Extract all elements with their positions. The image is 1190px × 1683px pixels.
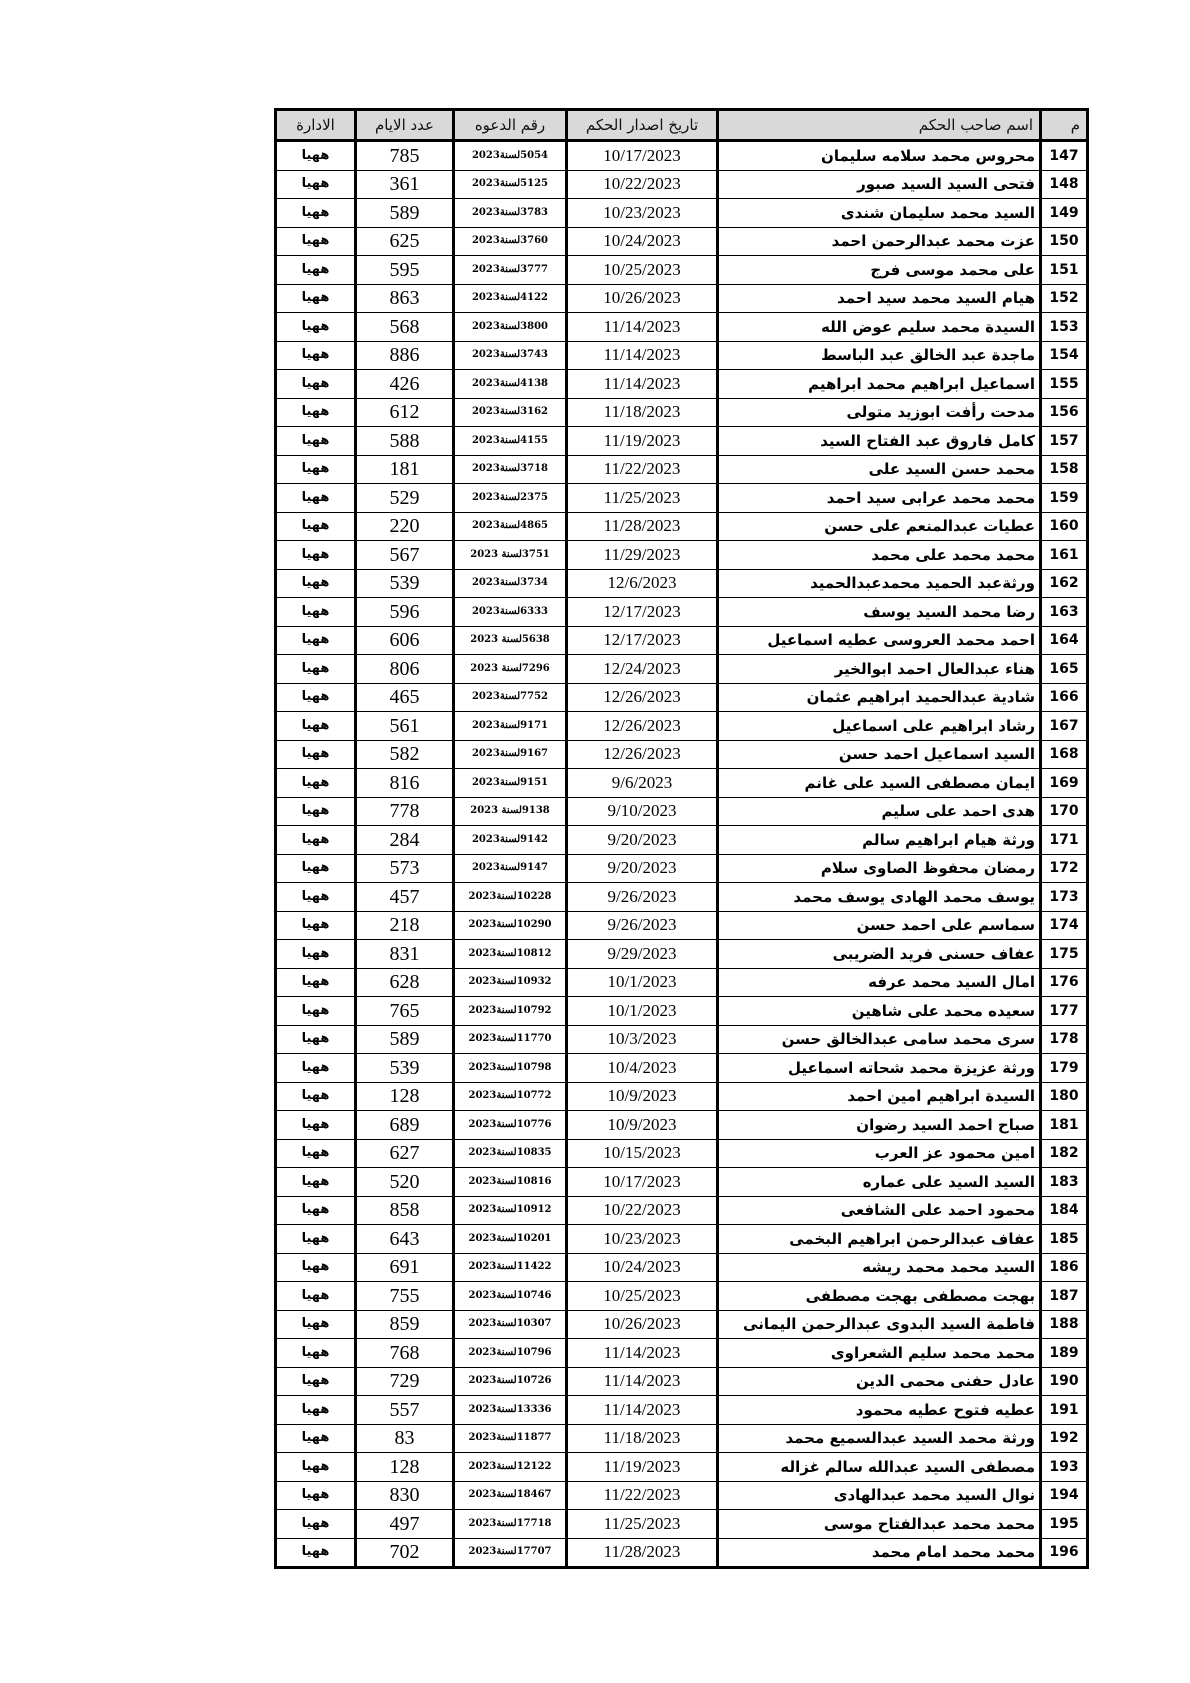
row-administration: ههيا: [276, 199, 356, 228]
row-name: فتحى السيد السيد صبور: [718, 170, 1041, 199]
row-case-number: 9167لسنة2023: [454, 740, 567, 769]
row-case-number: 10792لسنة2023: [454, 997, 567, 1026]
row-case-number: 10798لسنة2023: [454, 1054, 567, 1083]
row-administration: ههيا: [276, 1054, 356, 1083]
row-administration: ههيا: [276, 512, 356, 541]
row-judgment-date: 10/1/2023: [567, 997, 718, 1026]
row-name: السيد اسماعيل احمد حسن: [718, 740, 1041, 769]
row-name: امال السيد محمد عرفه: [718, 968, 1041, 997]
row-name: نوال السيد محمد عبدالهادى: [718, 1481, 1041, 1510]
row-judgment-date: 12/17/2023: [567, 626, 718, 655]
row-case-number: 3783لسنة2023: [454, 199, 567, 228]
table-row: 183السيد السيد على عماره10/17/202310816ل…: [276, 1168, 1088, 1197]
row-number: 159: [1041, 484, 1088, 513]
row-number: 187: [1041, 1282, 1088, 1311]
row-name: شادية عبدالحميد ابراهيم عثمان: [718, 683, 1041, 712]
row-days: 457: [356, 883, 454, 912]
table-row: 171ورثة هيام ابراهيم سالم9/20/20239142لس…: [276, 826, 1088, 855]
row-name: السيدة محمد سليم عوض الله: [718, 313, 1041, 342]
row-number: 166: [1041, 683, 1088, 712]
row-number: 190: [1041, 1367, 1088, 1396]
table-row: 175عفاف حسنى فريد الضريبى9/29/202310812ل…: [276, 940, 1088, 969]
row-administration: ههيا: [276, 341, 356, 370]
table-row: 149السيد محمد سليمان شندى10/23/20233783ل…: [276, 199, 1088, 228]
table-row: 169ايمان مصطفى السيد على غانم9/6/2023915…: [276, 769, 1088, 798]
table-row: 162ورثةعبد الحميد محمدعبدالحميد12/6/2023…: [276, 569, 1088, 598]
row-judgment-date: 11/14/2023: [567, 370, 718, 399]
row-administration: ههيا: [276, 370, 356, 399]
row-number: 155: [1041, 370, 1088, 399]
row-name: ورثة محمد السيد عبدالسميع محمد: [718, 1424, 1041, 1453]
row-case-number: 6333لسنة2023: [454, 598, 567, 627]
row-days: 561: [356, 712, 454, 741]
row-number: 191: [1041, 1396, 1088, 1425]
table-row: 176امال السيد محمد عرفه10/1/202310932لسن…: [276, 968, 1088, 997]
table-row: 156مدحت رأفت ابوزيد متولى11/18/20233162ل…: [276, 398, 1088, 427]
row-name: ورثة عزيزة محمد شحاته اسماعيل: [718, 1054, 1041, 1083]
row-days: 755: [356, 1282, 454, 1311]
row-administration: ههيا: [276, 940, 356, 969]
table-row: 184محمود احمد على الشافعى10/22/202310912…: [276, 1196, 1088, 1225]
row-administration: ههيا: [276, 968, 356, 997]
row-judgment-date: 11/14/2023: [567, 313, 718, 342]
row-case-number: 11877لسنة2023: [454, 1424, 567, 1453]
row-days: 612: [356, 398, 454, 427]
row-judgment-date: 12/17/2023: [567, 598, 718, 627]
row-days: 816: [356, 769, 454, 798]
row-number: 186: [1041, 1253, 1088, 1282]
table-row: 152هيام السيد محمد سيد احمد10/26/2023412…: [276, 284, 1088, 313]
row-judgment-date: 9/26/2023: [567, 883, 718, 912]
row-days: 768: [356, 1339, 454, 1368]
table-row: 164احمد محمد العروسى عطيه اسماعيل12/17/2…: [276, 626, 1088, 655]
row-days: 529: [356, 484, 454, 513]
row-number: 162: [1041, 569, 1088, 598]
row-number: 185: [1041, 1225, 1088, 1254]
row-case-number: 3800لسنة2023: [454, 313, 567, 342]
row-number: 184: [1041, 1196, 1088, 1225]
row-case-number: 4122لسنة2023: [454, 284, 567, 313]
row-case-number: 12122لسنة2023: [454, 1453, 567, 1482]
row-administration: ههيا: [276, 1168, 356, 1197]
row-administration: ههيا: [276, 712, 356, 741]
row-case-number: 3777لسنة2023: [454, 256, 567, 285]
row-administration: ههيا: [276, 997, 356, 1026]
row-case-number: 3734لسنة2023: [454, 569, 567, 598]
row-name: ماجدة عبد الخالق عبد الباسط: [718, 341, 1041, 370]
row-case-number: 10201لسنة2023: [454, 1225, 567, 1254]
row-number: 189: [1041, 1339, 1088, 1368]
table-row: 163رضا محمد السيد يوسف12/17/20236333لسنة…: [276, 598, 1088, 627]
row-case-number: 10776لسنة2023: [454, 1111, 567, 1140]
row-number: 169: [1041, 769, 1088, 798]
table-row: 196محمد محمد امام محمد11/28/202317707لسن…: [276, 1538, 1088, 1568]
row-name: سرى محمد سامى عبدالخالق حسن: [718, 1025, 1041, 1054]
row-case-number: 9147لسنة2023: [454, 854, 567, 883]
table-row: 182امين محمود عز العرب10/15/202310835لسن…: [276, 1139, 1088, 1168]
row-administration: ههيا: [276, 398, 356, 427]
table-row: 178سرى محمد سامى عبدالخالق حسن10/3/20231…: [276, 1025, 1088, 1054]
row-name: عادل حفنى محمى الدين: [718, 1367, 1041, 1396]
row-judgment-date: 10/9/2023: [567, 1111, 718, 1140]
row-number: 178: [1041, 1025, 1088, 1054]
document-sheet: م اسم صاحب الحكم تاريخ اصدار الحكم رقم ا…: [274, 108, 1056, 1569]
row-case-number: 5054لسنة2023: [454, 141, 567, 171]
row-name: محروس محمد سلامه سليمان: [718, 141, 1041, 171]
row-administration: ههيا: [276, 911, 356, 940]
row-administration: ههيا: [276, 1538, 356, 1568]
header-case-number: رقم الدعوه: [454, 110, 567, 141]
row-case-number: 10816لسنة2023: [454, 1168, 567, 1197]
row-number: 175: [1041, 940, 1088, 969]
row-judgment-date: 11/19/2023: [567, 427, 718, 456]
table-row: 189محمد محمد سليم الشعراوى11/14/20231079…: [276, 1339, 1088, 1368]
row-administration: ههيا: [276, 427, 356, 456]
row-days: 831: [356, 940, 454, 969]
row-days: 863: [356, 284, 454, 313]
row-case-number: 3718لسنة2023: [454, 455, 567, 484]
row-administration: ههيا: [276, 797, 356, 826]
table-row: 158محمد حسن السيد على11/22/20233718لسنة2…: [276, 455, 1088, 484]
row-days: 539: [356, 569, 454, 598]
row-name: مدحت رأفت ابوزيد متولى: [718, 398, 1041, 427]
row-judgment-date: 9/20/2023: [567, 826, 718, 855]
row-administration: ههيا: [276, 1424, 356, 1453]
row-name: محمود احمد على الشافعى: [718, 1196, 1041, 1225]
row-case-number: 17718لسنة2023: [454, 1510, 567, 1539]
row-name: محمد محمد سليم الشعراوى: [718, 1339, 1041, 1368]
row-name: امين محمود عز العرب: [718, 1139, 1041, 1168]
row-name: يوسف محمد الهادى يوسف محمد: [718, 883, 1041, 912]
row-judgment-date: 9/26/2023: [567, 911, 718, 940]
row-judgment-date: 9/6/2023: [567, 769, 718, 798]
row-judgment-date: 10/22/2023: [567, 170, 718, 199]
table-row: 180السيدة ابراهيم امين احمد10/9/20231077…: [276, 1082, 1088, 1111]
row-number: 183: [1041, 1168, 1088, 1197]
row-name: محمد محمد على محمد: [718, 541, 1041, 570]
row-name: السيد محمد محمد ريشه: [718, 1253, 1041, 1282]
row-judgment-date: 11/14/2023: [567, 341, 718, 370]
row-judgment-date: 11/29/2023: [567, 541, 718, 570]
row-number: 171: [1041, 826, 1088, 855]
row-judgment-date: 12/24/2023: [567, 655, 718, 684]
table-row: 160عطيات عبدالمنعم على حسن11/28/20234865…: [276, 512, 1088, 541]
judgments-table: م اسم صاحب الحكم تاريخ اصدار الحكم رقم ا…: [274, 108, 1089, 1569]
row-days: 606: [356, 626, 454, 655]
row-administration: ههيا: [276, 313, 356, 342]
row-administration: ههيا: [276, 484, 356, 513]
row-administration: ههيا: [276, 883, 356, 912]
row-days: 643: [356, 1225, 454, 1254]
table-row: 173يوسف محمد الهادى يوسف محمد9/26/202310…: [276, 883, 1088, 912]
row-number: 194: [1041, 1481, 1088, 1510]
table-row: 172رمضان محفوظ الصاوى سلام9/20/20239147ل…: [276, 854, 1088, 883]
table-row: 157كامل فاروق عبد الفتاح السيد11/19/2023…: [276, 427, 1088, 456]
row-judgment-date: 11/28/2023: [567, 1538, 718, 1568]
table-row: 153السيدة محمد سليم عوض الله11/14/202338…: [276, 313, 1088, 342]
row-case-number: 4155لسنة2023: [454, 427, 567, 456]
row-administration: ههيا: [276, 141, 356, 171]
row-number: 165: [1041, 655, 1088, 684]
row-case-number: 10726لسنة2023: [454, 1367, 567, 1396]
row-name: عفاف عبدالرحمن ابراهيم البخمى: [718, 1225, 1041, 1254]
row-days: 567: [356, 541, 454, 570]
row-judgment-date: 10/26/2023: [567, 284, 718, 313]
row-number: 195: [1041, 1510, 1088, 1539]
row-case-number: 9171لسنة2023: [454, 712, 567, 741]
row-name: محمد محمد امام محمد: [718, 1538, 1041, 1568]
row-name: عفاف حسنى فريد الضريبى: [718, 940, 1041, 969]
row-administration: ههيا: [276, 1082, 356, 1111]
row-days: 83: [356, 1424, 454, 1453]
row-judgment-date: 11/25/2023: [567, 484, 718, 513]
table-row: 165هناء عبدالعال احمد ابوالخير12/24/2023…: [276, 655, 1088, 684]
row-days: 284: [356, 826, 454, 855]
row-administration: ههيا: [276, 455, 356, 484]
row-administration: ههيا: [276, 1339, 356, 1368]
row-administration: ههيا: [276, 284, 356, 313]
row-case-number: 10932لسنة2023: [454, 968, 567, 997]
row-number: 148: [1041, 170, 1088, 199]
header-date: تاريخ اصدار الحكم: [567, 110, 718, 141]
row-judgment-date: 12/26/2023: [567, 683, 718, 712]
row-days: 465: [356, 683, 454, 712]
row-administration: ههيا: [276, 541, 356, 570]
row-judgment-date: 10/23/2023: [567, 1225, 718, 1254]
table-header-row: م اسم صاحب الحكم تاريخ اصدار الحكم رقم ا…: [276, 110, 1088, 141]
row-days: 691: [356, 1253, 454, 1282]
table-row: 155اسماعيل ابراهيم محمد ابراهيم11/14/202…: [276, 370, 1088, 399]
row-judgment-date: 11/22/2023: [567, 455, 718, 484]
row-number: 174: [1041, 911, 1088, 940]
row-name: رضا محمد السيد يوسف: [718, 598, 1041, 627]
row-days: 218: [356, 911, 454, 940]
row-name: عزت محمد عبدالرحمن احمد: [718, 227, 1041, 256]
row-number: 181: [1041, 1111, 1088, 1140]
row-name: محمد حسن السيد على: [718, 455, 1041, 484]
row-days: 859: [356, 1310, 454, 1339]
table-row: 185عفاف عبدالرحمن ابراهيم البخمى10/23/20…: [276, 1225, 1088, 1254]
row-name: السيد السيد على عماره: [718, 1168, 1041, 1197]
row-judgment-date: 10/17/2023: [567, 141, 718, 171]
row-number: 192: [1041, 1424, 1088, 1453]
row-days: 778: [356, 797, 454, 826]
row-number: 182: [1041, 1139, 1088, 1168]
row-judgment-date: 11/18/2023: [567, 1424, 718, 1453]
row-administration: ههيا: [276, 1396, 356, 1425]
row-administration: ههيا: [276, 256, 356, 285]
row-days: 628: [356, 968, 454, 997]
row-days: 729: [356, 1367, 454, 1396]
row-case-number: 2375لسنة2023: [454, 484, 567, 513]
row-days: 573: [356, 854, 454, 883]
table-row: 174سماسم على احمد حسن9/26/202310290لسنة2…: [276, 911, 1088, 940]
row-days: 625: [356, 227, 454, 256]
row-administration: ههيا: [276, 769, 356, 798]
table-row: 187بهجت مصطفى بهجت مصطفى10/25/202310746ل…: [276, 1282, 1088, 1311]
row-name: رمضان محفوظ الصاوى سلام: [718, 854, 1041, 883]
table-row: 193مصطفى السيد عبدالله سالم غزاله11/19/2…: [276, 1453, 1088, 1482]
row-judgment-date: 11/18/2023: [567, 398, 718, 427]
row-judgment-date: 9/29/2023: [567, 940, 718, 969]
row-number: 193: [1041, 1453, 1088, 1482]
row-number: 161: [1041, 541, 1088, 570]
row-number: 176: [1041, 968, 1088, 997]
header-number: م: [1041, 110, 1088, 141]
row-administration: ههيا: [276, 1453, 356, 1482]
row-judgment-date: 11/14/2023: [567, 1367, 718, 1396]
row-judgment-date: 11/28/2023: [567, 512, 718, 541]
row-case-number: 10772لسنة2023: [454, 1082, 567, 1111]
row-days: 220: [356, 512, 454, 541]
row-case-number: 10307لسنة2023: [454, 1310, 567, 1339]
table-body: 147محروس محمد سلامه سليمان10/17/20235054…: [276, 141, 1088, 1568]
row-number: 157: [1041, 427, 1088, 456]
row-administration: ههيا: [276, 1282, 356, 1311]
table-row: 186السيد محمد محمد ريشه10/24/202311422لس…: [276, 1253, 1088, 1282]
row-name: على محمد موسى فرج: [718, 256, 1041, 285]
row-judgment-date: 10/23/2023: [567, 199, 718, 228]
row-days: 785: [356, 141, 454, 171]
row-judgment-date: 10/9/2023: [567, 1082, 718, 1111]
row-case-number: 17707لسنة2023: [454, 1538, 567, 1568]
table-row: 161محمد محمد على محمد11/29/20233751لسنة …: [276, 541, 1088, 570]
row-administration: ههيا: [276, 227, 356, 256]
row-name: ورثةعبد الحميد محمدعبدالحميد: [718, 569, 1041, 598]
row-days: 806: [356, 655, 454, 684]
row-administration: ههيا: [276, 626, 356, 655]
table-row: 192ورثة محمد السيد عبدالسميع محمد11/18/2…: [276, 1424, 1088, 1453]
row-name: سعيده محمد على شاهين: [718, 997, 1041, 1026]
row-days: 568: [356, 313, 454, 342]
row-judgment-date: 10/15/2023: [567, 1139, 718, 1168]
row-judgment-date: 9/20/2023: [567, 854, 718, 883]
row-judgment-date: 12/26/2023: [567, 712, 718, 741]
row-administration: ههيا: [276, 1310, 356, 1339]
row-judgment-date: 10/24/2023: [567, 227, 718, 256]
header-name: اسم صاحب الحكم: [718, 110, 1041, 141]
row-case-number: 7752لسنة2023: [454, 683, 567, 712]
row-administration: ههيا: [276, 598, 356, 627]
table-row: 154ماجدة عبد الخالق عبد الباسط11/14/2023…: [276, 341, 1088, 370]
row-name: محمد محمد عرابى سيد احمد: [718, 484, 1041, 513]
table-row: 194نوال السيد محمد عبدالهادى11/22/202318…: [276, 1481, 1088, 1510]
row-number: 153: [1041, 313, 1088, 342]
table-row: 181صباح احمد السيد رضوان10/9/202310776لس…: [276, 1111, 1088, 1140]
row-administration: ههيا: [276, 683, 356, 712]
row-days: 830: [356, 1481, 454, 1510]
row-number: 156: [1041, 398, 1088, 427]
row-case-number: 5125لسنة2023: [454, 170, 567, 199]
row-administration: ههيا: [276, 569, 356, 598]
row-case-number: 4865لسنة2023: [454, 512, 567, 541]
table-row: 166شادية عبدالحميد ابراهيم عثمان12/26/20…: [276, 683, 1088, 712]
row-days: 702: [356, 1538, 454, 1568]
row-case-number: 3162لسنة2023: [454, 398, 567, 427]
row-judgment-date: 10/17/2023: [567, 1168, 718, 1197]
row-case-number: 7296لسنة 2023: [454, 655, 567, 684]
row-administration: ههيا: [276, 1367, 356, 1396]
row-days: 361: [356, 170, 454, 199]
table-row: 170هدى احمد على سليم9/10/20239138لسنة 20…: [276, 797, 1088, 826]
row-number: 168: [1041, 740, 1088, 769]
row-administration: ههيا: [276, 854, 356, 883]
row-case-number: 13336لسنة2023: [454, 1396, 567, 1425]
row-administration: ههيا: [276, 655, 356, 684]
row-judgment-date: 10/25/2023: [567, 256, 718, 285]
row-days: 689: [356, 1111, 454, 1140]
row-days: 596: [356, 598, 454, 627]
row-name: كامل فاروق عبد الفتاح السيد: [718, 427, 1041, 456]
table-row: 195محمد محمد عبدالفتاح موسى11/25/2023177…: [276, 1510, 1088, 1539]
row-judgment-date: 10/25/2023: [567, 1282, 718, 1311]
row-administration: ههيا: [276, 1510, 356, 1539]
row-judgment-date: 10/4/2023: [567, 1054, 718, 1083]
row-judgment-date: 11/14/2023: [567, 1339, 718, 1368]
row-name: هيام السيد محمد سيد احمد: [718, 284, 1041, 313]
row-number: 160: [1041, 512, 1088, 541]
table-row: 167رشاد ابراهيم على اسماعيل12/26/2023917…: [276, 712, 1088, 741]
table-row: 191عطيه فتوح عطيه محمود11/14/202313336لس…: [276, 1396, 1088, 1425]
table-row: 150عزت محمد عبدالرحمن احمد10/24/20233760…: [276, 227, 1088, 256]
row-name: سماسم على احمد حسن: [718, 911, 1041, 940]
row-days: 426: [356, 370, 454, 399]
row-days: 181: [356, 455, 454, 484]
row-judgment-date: 11/22/2023: [567, 1481, 718, 1510]
table-row: 151على محمد موسى فرج10/25/20233777لسنة20…: [276, 256, 1088, 285]
row-name: السيدة ابراهيم امين احمد: [718, 1082, 1041, 1111]
row-administration: ههيا: [276, 1196, 356, 1225]
row-administration: ههيا: [276, 1253, 356, 1282]
row-judgment-date: 10/24/2023: [567, 1253, 718, 1282]
row-judgment-date: 11/14/2023: [567, 1396, 718, 1425]
row-judgment-date: 11/19/2023: [567, 1453, 718, 1482]
row-number: 180: [1041, 1082, 1088, 1111]
row-case-number: 10746لسنة2023: [454, 1282, 567, 1311]
row-number: 152: [1041, 284, 1088, 313]
row-number: 164: [1041, 626, 1088, 655]
row-case-number: 10228لسنة2023: [454, 883, 567, 912]
row-name: ايمان مصطفى السيد على غانم: [718, 769, 1041, 798]
row-name: السيد محمد سليمان شندى: [718, 199, 1041, 228]
row-name: ورثة هيام ابراهيم سالم: [718, 826, 1041, 855]
table-row: 147محروس محمد سلامه سليمان10/17/20235054…: [276, 141, 1088, 171]
row-administration: ههيا: [276, 1481, 356, 1510]
row-name: هدى احمد على سليم: [718, 797, 1041, 826]
table-row: 188فاطمة السيد البدوى عبدالرحمن اليمانى1…: [276, 1310, 1088, 1339]
row-days: 595: [356, 256, 454, 285]
row-administration: ههيا: [276, 1025, 356, 1054]
row-case-number: 5638لسنة 2023: [454, 626, 567, 655]
row-name: رشاد ابراهيم على اسماعيل: [718, 712, 1041, 741]
row-days: 588: [356, 427, 454, 456]
row-number: 154: [1041, 341, 1088, 370]
row-case-number: 10835لسنة2023: [454, 1139, 567, 1168]
row-judgment-date: 12/26/2023: [567, 740, 718, 769]
row-judgment-date: 10/1/2023: [567, 968, 718, 997]
row-number: 196: [1041, 1538, 1088, 1568]
row-administration: ههيا: [276, 1225, 356, 1254]
row-case-number: 4138لسنة2023: [454, 370, 567, 399]
table-row: 179ورثة عزيزة محمد شحاته اسماعيل10/4/202…: [276, 1054, 1088, 1083]
row-days: 557: [356, 1396, 454, 1425]
row-case-number: 9151لسنة2023: [454, 769, 567, 798]
row-name: هناء عبدالعال احمد ابوالخير: [718, 655, 1041, 684]
row-administration: ههيا: [276, 1139, 356, 1168]
row-days: 589: [356, 1025, 454, 1054]
row-name: بهجت مصطفى بهجت مصطفى: [718, 1282, 1041, 1311]
row-case-number: 10796لسنة2023: [454, 1339, 567, 1368]
